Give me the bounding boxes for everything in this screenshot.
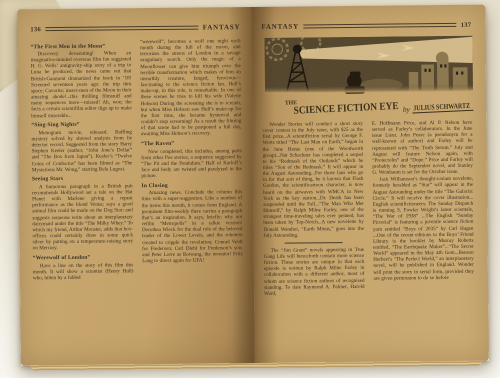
magazine-title-left: FANTASY [203,23,241,31]
open-magazine: 136 FANTASY “The First Men in the Moon” … [17,5,489,366]
right-page: FANTASY 137 [251,5,489,363]
paragraph: “werewolf”, becomes a wolf one night eac… [140,38,242,138]
science-fiction-eye-illustration: THE SCIENCE FICTION EYE by JULIUS SCHWAR… [263,36,474,120]
paragraph: E. Hoffmann Price, and Al P. Nelson have… [372,120,473,176]
paragraph: Monogram movie, released. Baffling myste… [31,129,132,173]
paragraph: Amazing news. Conclude the column this t… [142,189,243,264]
right-page-number: 137 [461,21,472,28]
left-page: 136 FANTASY “The First Men in the Moon” … [17,7,255,365]
section-divider [285,242,343,244]
section-heading: “The First Men in the Moon” [31,43,132,50]
left-page-column-1: “The First Men in the Moon” Discovery de… [30,39,133,282]
header-rule [303,23,457,29]
paragraph: Have a line on the story of this film th… [33,262,134,282]
caption-by: by [403,105,411,114]
section-heading: “The Raven” [141,140,242,147]
header-rule [45,25,199,31]
right-page-column-1: Wonder Stories will conduct a short stor… [262,121,364,298]
paragraph: Discovery devastating! When an imaginati… [31,50,132,119]
right-page-header: FANTASY 137 [261,21,471,31]
section-heading: In Closing [141,182,242,189]
section-heading: “Sing-Sing Nights” [31,121,132,128]
right-page-column-2: E. Hoffmann Price, and Al P. Nelson have… [372,120,474,297]
section-heading: Seeing Stars [32,176,133,183]
left-page-column-2: “werewolf”, becomes a wolf one night eac… [140,38,243,281]
section-heading: “Werewolf of London” [33,254,134,261]
paragraph: Jack Williamson’s thought-variant novele… [372,176,474,282]
magazine-title-right: FANTASY [261,23,299,31]
paragraph: A humorous paragraph in a British pub re… [32,183,133,252]
caption-title: SCIENCE FICTION EYE [293,101,398,117]
illustration-caption: THE SCIENCE FICTION EYE by JULIUS SCHWAR… [285,92,474,119]
paragraph: Now completed, this includes, among part… [141,148,242,180]
paragraph: The “Jim Grant” novels appearing in True… [264,247,365,297]
left-page-number: 136 [30,26,41,33]
magazine-photo: 136 FANTASY “The First Men in the Moon” … [0,0,500,378]
paragraph: Wonder Stories will conduct a short stor… [262,121,364,239]
left-page-header: 136 FANTASY [30,23,240,33]
